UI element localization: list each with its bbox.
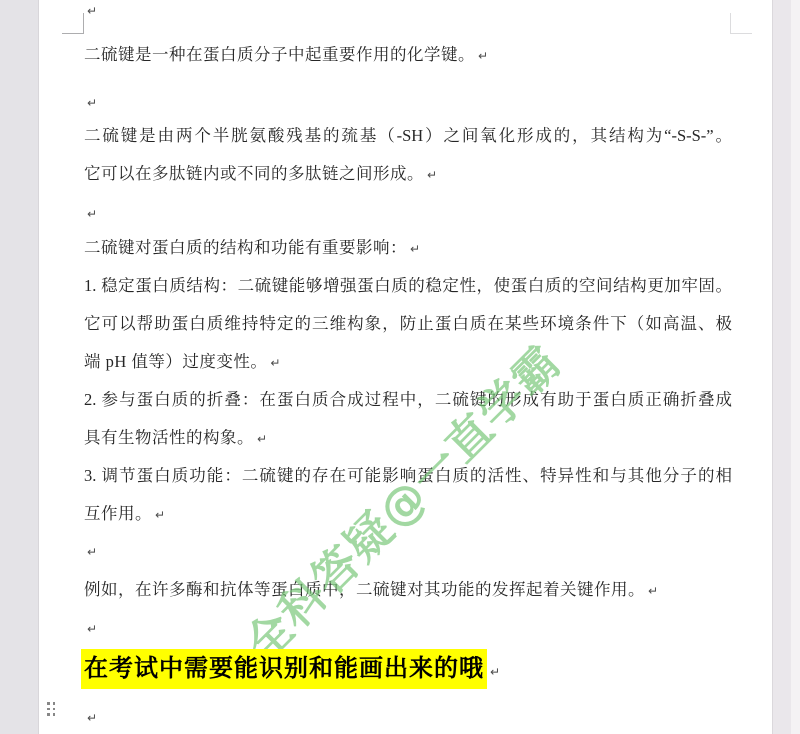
drag-dot-icon: [53, 713, 56, 716]
paragraph-mark-icon: ↵: [257, 432, 267, 446]
paragraph-line[interactable]: ↵: [84, 698, 732, 734]
paragraph-line[interactable]: ↵: [84, 609, 732, 648]
body-text: 1. 稳定蛋白质结构：二硫键能够增强蛋白质的稳定性，使蛋白质的空间结构更加牢固。: [84, 276, 732, 295]
vertical-scrollbar[interactable]: [772, 0, 792, 734]
paragraph-mark-icon: ↵: [87, 545, 97, 559]
body-text: 2. 参与蛋白质的折叠：在蛋白质合成过程中，二硫键的形成有助于蛋白质正确折叠成: [84, 390, 732, 409]
body-text: 二硫键是一种在蛋白质分子中起重要作用的化学键。: [84, 45, 475, 64]
paragraph-line[interactable]: 具有生物活性的构象。↵: [84, 419, 732, 458]
paragraph-mark-icon: ↵: [87, 711, 97, 725]
paragraph-line[interactable]: 例如，在许多酶和抗体等蛋白质中，二硫键对其功能的发挥起着关键作用。↵: [84, 571, 732, 610]
paragraph-line[interactable]: ↵: [84, 532, 732, 571]
list-item-line[interactable]: 1. 稳定蛋白质结构：二硫键能够增强蛋白质的稳定性，使蛋白质的空间结构更加牢固。: [84, 267, 732, 305]
body-text: 它可以帮助蛋白质维持特定的三维构象，防止蛋白质在某些环境条件下（如高温、极: [84, 314, 732, 333]
drag-dot-icon: [47, 713, 50, 716]
body-text: 二硫键是由两个半胱氨酸残基的巯基（-SH）之间氧化形成的，其结构为“-S-S-”…: [84, 126, 732, 145]
drag-dot-icon: [47, 708, 50, 711]
paragraph-line[interactable]: 二硫键是一种在蛋白质分子中起重要作用的化学键。↵: [84, 36, 732, 75]
highlighted-heading-line[interactable]: 在考试中需要能识别和能画出来的哦↵: [81, 650, 500, 691]
paragraph-mark-icon: ↵: [87, 622, 97, 636]
paragraph-mark-icon: ↵: [270, 356, 280, 370]
body-text: 3. 调节蛋白质功能：二硫键的存在可能影响蛋白质的活性、特异性和与其他分子的相: [84, 466, 732, 485]
drag-dot-icon: [53, 702, 56, 705]
paragraph-mark-icon: ↵: [478, 49, 488, 63]
body-text: 它可以在多肽链内或不同的多肽链之间形成。: [84, 164, 424, 183]
list-item-line[interactable]: 3. 调节蛋白质功能：二硫键的存在可能影响蛋白质的活性、特异性和与其他分子的相: [84, 457, 732, 495]
drag-dot-icon: [53, 708, 56, 711]
paragraph-mark-icon: ↵: [648, 584, 658, 598]
paragraph-mark-icon: ↵: [155, 508, 165, 522]
body-text: 互作用。: [84, 504, 152, 523]
window-left-margin: [0, 0, 39, 734]
body-text: 具有生物活性的构象。: [84, 428, 254, 447]
paragraph-line[interactable]: 互作用。↵: [84, 495, 732, 534]
paragraph-line[interactable]: 二硫键是由两个半胱氨酸残基的巯基（-SH）之间氧化形成的，其结构为“-S-S-”…: [84, 117, 732, 155]
paragraph-mark-icon: ↵: [87, 4, 97, 18]
paragraph-mark-icon: ↵: [427, 168, 437, 182]
paragraph-line[interactable]: 它可以在多肽链内或不同的多肽链之间形成。↵: [84, 155, 732, 194]
margin-corner-mark-top-right: [730, 13, 752, 34]
body-text: 二硫键对蛋白质的结构和功能有重要影响：: [84, 238, 407, 257]
paragraph-line[interactable]: 端 pH 值等）过度变性。↵: [84, 343, 732, 382]
highlighted-heading-text: 在考试中需要能识别和能画出来的哦: [81, 649, 487, 689]
paragraph-line[interactable]: ↵: [84, 0, 732, 30]
paragraph-line[interactable]: ↵: [84, 194, 732, 233]
paragraph-mark-icon: ↵: [87, 96, 97, 110]
paragraph-mark-icon: ↵: [87, 207, 97, 221]
body-text: 例如，在许多酶和抗体等蛋白质中，二硫键对其功能的发挥起着关键作用。: [84, 580, 645, 599]
paragraph-mark-icon: ↵: [410, 242, 420, 256]
paragraph-drag-handle[interactable]: [47, 702, 55, 716]
window-edge: [791, 0, 800, 734]
margin-corner-mark-top-left: [62, 13, 84, 34]
paragraph-mark-icon: ↵: [490, 665, 500, 679]
paragraph-line[interactable]: 二硫键对蛋白质的结构和功能有重要影响：↵: [84, 229, 732, 268]
list-item-line[interactable]: 2. 参与蛋白质的折叠：在蛋白质合成过程中，二硫键的形成有助于蛋白质正确折叠成: [84, 381, 732, 419]
paragraph-line[interactable]: 它可以帮助蛋白质维持特定的三维构象，防止蛋白质在某些环境条件下（如高温、极: [84, 305, 732, 343]
drag-dot-icon: [47, 702, 50, 705]
body-text: 端 pH 值等）过度变性。: [84, 352, 267, 371]
